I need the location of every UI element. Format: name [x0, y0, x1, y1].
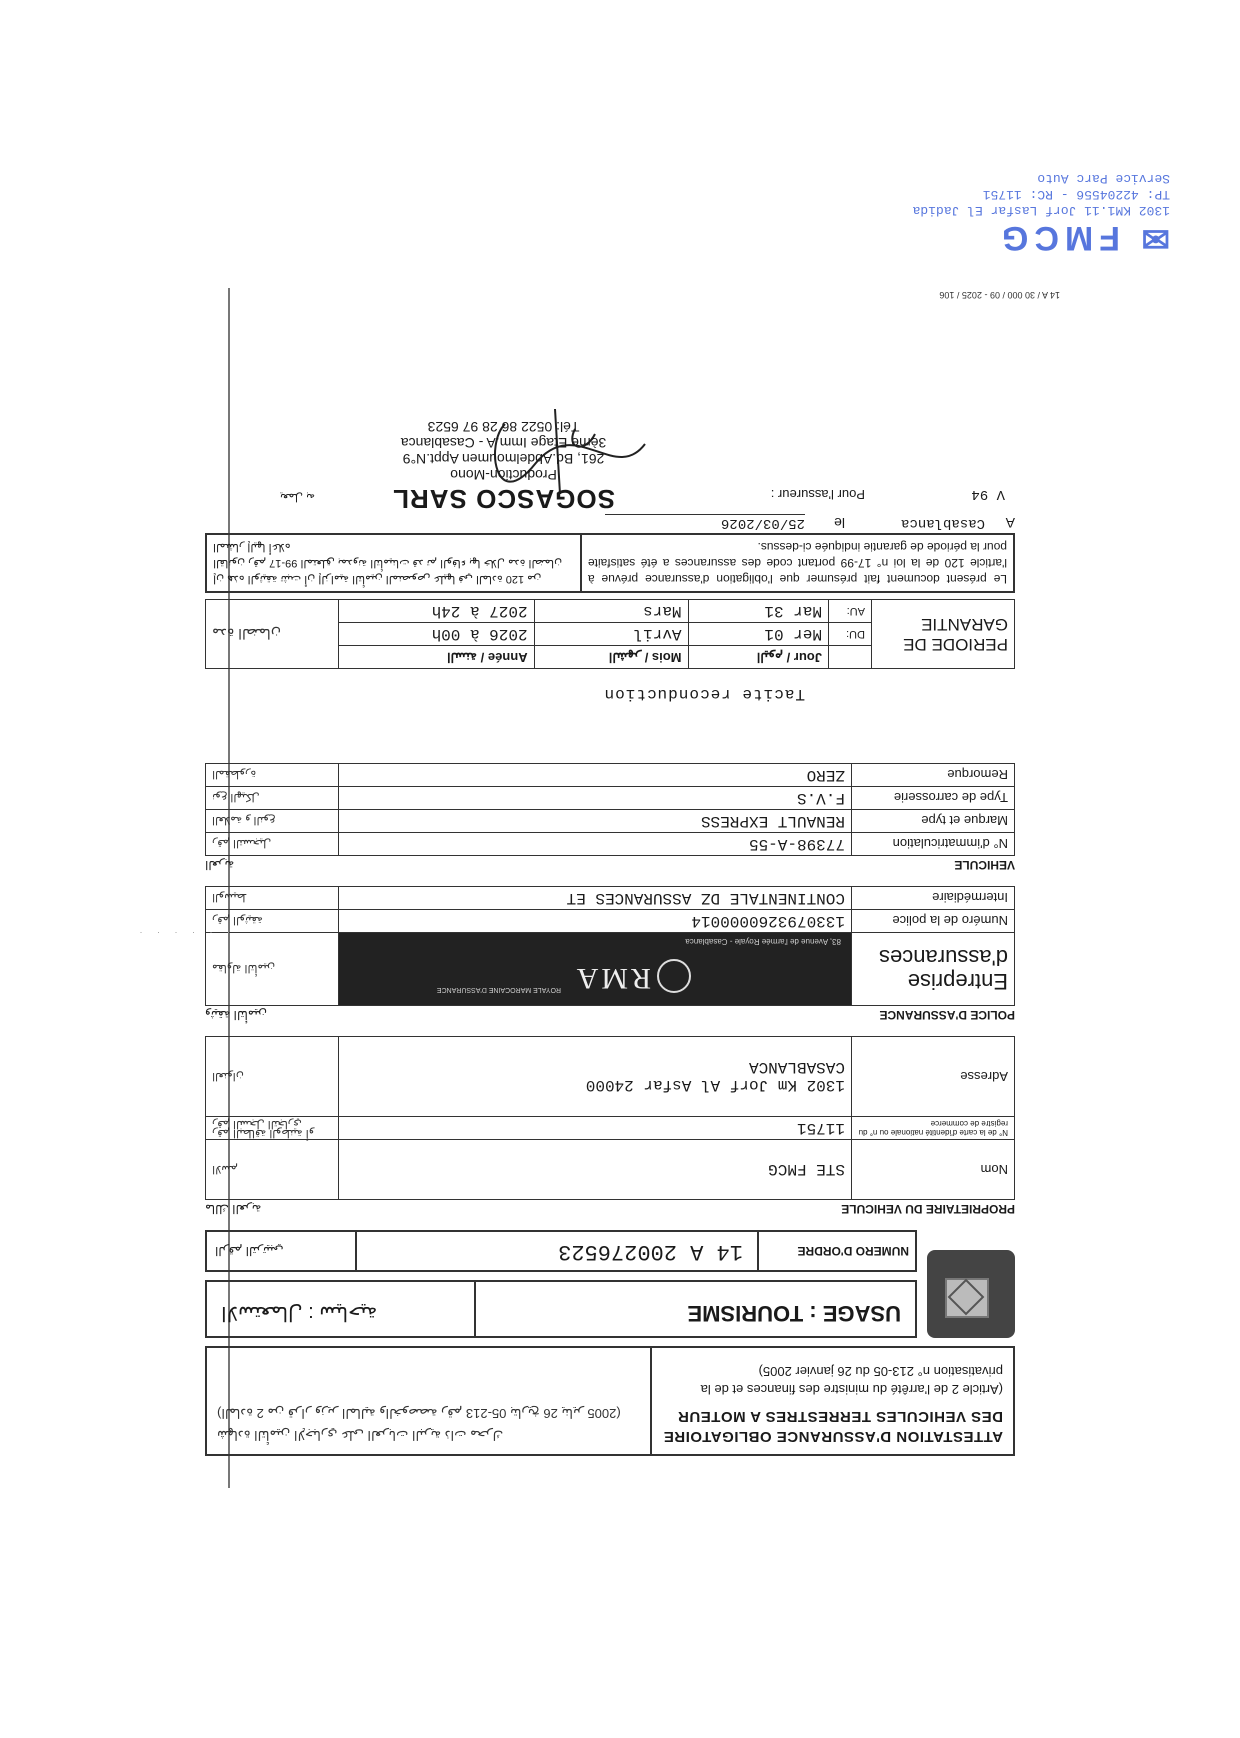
arabic-subtitle: (المادة 2 من قرار وزير المالية والخوصصة …	[217, 1402, 640, 1424]
table-row: PERIODE DE GARANTIE Jour / اليوم Mois / …	[206, 646, 1015, 669]
carrosserie-arabic: نوع الهيكل	[206, 787, 339, 810]
table-row: Intermédiaire CONTINENTALE DZ ASSURANCES…	[206, 887, 1015, 910]
vehicule-title: VEHICULE	[954, 858, 1015, 872]
du-annee: 2026 à 00h	[339, 623, 535, 646]
vehicule-table: N° d'immatriculation 77398-A-55 رقم التس…	[205, 763, 1015, 856]
header-french: ATTESTATION D'ASSURANCE OBLIGATOIRE DES …	[650, 1348, 1013, 1454]
stamp-arabic-tag: يعمل به	[280, 491, 315, 504]
usage-label: USAGE : TOURISME	[474, 1282, 915, 1336]
adresse-value-cell: 1302 Km Jorf Al Asfar 24000 CASABLANCA	[339, 1037, 852, 1117]
marque-value: RENAULT EXPRESS	[339, 810, 852, 833]
adresse-value-line1: 1302 Km Jorf Al Asfar 24000	[345, 1077, 845, 1095]
usage-row: USAGE : TOURISME الاستعمال : سياحية	[205, 1280, 1015, 1338]
tacite-reconduction: Tacite reconduction	[205, 685, 1015, 703]
marque-label: Marque et type	[852, 810, 1015, 833]
fmcg-line2: TP: 42204556 - RC: 11751	[890, 186, 1170, 202]
legal-notice: Le présent document fait présumer que l'…	[205, 533, 1015, 593]
stamp-line2: 261, Bd.Abdelmoumen Appt.N°9	[392, 451, 615, 467]
entreprise-label: Entreprise d'assurances	[852, 933, 1015, 1006]
adresse-arabic: العنوان	[206, 1037, 339, 1117]
carte-nationale-value: 11751	[339, 1117, 852, 1140]
table-row: Remorque ZERO المقطورة	[206, 764, 1015, 787]
du-label: DU:	[829, 623, 872, 646]
fmcg-line1: 1302 KM1.11 Jorf Lasfar El Jadida	[890, 202, 1170, 218]
immatriculation-arabic: رقم التسجيل	[206, 833, 339, 856]
certificate-header: ATTESTATION D'ASSURANCE OBLIGATOIRE DES …	[205, 1346, 1015, 1456]
marque-arabic: العلامة و النوع	[206, 810, 339, 833]
certificate-title-line1: ATTESTATION D'ASSURANCE OBLIGATOIRE	[662, 1426, 1003, 1446]
col-annee: Année / السنة	[339, 646, 535, 669]
pour-assureur-label: Pour l'assureur :	[771, 487, 865, 502]
au-label: AU:	[829, 600, 872, 623]
intermediaire-label: Intermédiaire	[852, 887, 1015, 910]
print-reference: 14 A / 30 000 / 09 - 2025 / 106	[939, 290, 1060, 300]
table-row: Entreprise d'assurances RMA ROYALE MAROC…	[206, 933, 1015, 1006]
stamp-line3: 3ème Etage Imm.A - Casablanca	[392, 435, 615, 451]
garantie-section: Tacite reconduction PERIODE DE GARANTIE …	[205, 599, 1015, 703]
col-mois: Mois / الشهر	[534, 646, 688, 669]
certificate-title-line2: DES VEHICULES TERRESTRES A MOTEUR	[662, 1406, 1003, 1426]
table-row: Type de carrosserie F.V.S نوع الهيكل	[206, 787, 1015, 810]
header-arabic: شهادة التأمين الإجباري على العربات البري…	[207, 1348, 650, 1454]
nom-arabic: الاسم	[206, 1140, 339, 1200]
carte-nationale-label: N° de la carte d'identité nationale ou n…	[852, 1117, 1015, 1140]
col-jour: Jour / اليوم	[688, 646, 828, 669]
empty-cell	[829, 646, 872, 669]
remorque-arabic: المقطورة	[206, 764, 339, 787]
signature-area: V 94 Pour l'assureur : SOGASCO SARL Prod…	[205, 394, 1015, 514]
entreprise-arabic: مقاولة التأمين	[206, 933, 339, 1006]
insurer-seal-icon	[657, 959, 691, 993]
place-prefix: A	[985, 514, 1015, 531]
stamp-line1: Production-Mono	[392, 467, 615, 483]
vehicule-arabic: العربة	[205, 858, 234, 872]
police-arabic: وثيقة التأمين	[205, 1008, 267, 1022]
adresse-label: Adresse	[852, 1037, 1015, 1117]
broker-stamp: SOGASCO SARL Production-Mono 261, Bd.Abd…	[392, 419, 615, 514]
place-city: Casablanca	[845, 514, 985, 531]
carte-nationale-arabic: رقم البطاقة الوطنية أو رقم السجل التجاري	[206, 1117, 339, 1140]
legal-text-french: Le présent document fait présumer que l'…	[580, 535, 1013, 591]
proprietaire-arabic: مالك العربة	[205, 1202, 261, 1216]
fmcg-envelope-icon: ✉	[1136, 219, 1171, 257]
insurer-address: 83, Avenue de l'armée Royale - Casablanc…	[685, 937, 841, 946]
table-row: N° d'immatriculation 77398-A-55 رقم التس…	[206, 833, 1015, 856]
table-row: N° de la carte d'identité nationale ou n…	[206, 1117, 1015, 1140]
version-code: V 94	[971, 486, 1005, 502]
intermediaire-value: CONTINENTALE DZ ASSURANCES ET	[339, 887, 852, 910]
fmcg-stamp: ✉ FMCG 1302 KM1.11 Jorf Lasfar El Jadida…	[890, 170, 1170, 258]
proprietaire-section-header: PROPRIETAIRE DU VEHICULE مالك العربة	[205, 1202, 1015, 1216]
insurer-emblem-icon	[927, 1250, 1015, 1338]
table-row: Adresse 1302 Km Jorf Al Asfar 24000 CASA…	[206, 1037, 1015, 1117]
fmcg-brand: ✉ FMCG	[890, 218, 1170, 258]
scan-noise: · · · · · ·	[30, 908, 230, 938]
document-page: ATTESTATION D'ASSURANCE OBLIGATOIRE DES …	[0, 0, 1240, 1738]
fmcg-brand-text: FMCG	[996, 219, 1120, 257]
insurer-name: RMA	[574, 961, 651, 995]
police-table: Entreprise d'assurances RMA ROYALE MAROC…	[205, 886, 1015, 1006]
periode-arabic: مدة الضمان	[206, 600, 339, 669]
carrosserie-value: F.V.S	[339, 787, 852, 810]
numero-police-value: 1330793260000014	[339, 910, 852, 933]
legal-text-arabic: إن هذه الوثيقة تثبت أن إلزامية التأمين ا…	[207, 535, 580, 591]
stamp-name: SOGASCO SARL	[392, 483, 615, 514]
carrosserie-label: Type de carrosserie	[852, 787, 1015, 810]
proprietaire-table: Nom STE FMCG الاسم N° de la carte d'iden…	[205, 1036, 1015, 1200]
numero-ordre-label: NUMERO D'ORDRE	[757, 1232, 915, 1270]
remorque-label: Remorque	[852, 764, 1015, 787]
arabic-title: شهادة التأمين الإجباري على العربات البري…	[217, 1424, 640, 1446]
police-title: POLICE D'ASSURANCE	[879, 1008, 1015, 1022]
place-le: le	[805, 514, 845, 531]
numero-police-label: Numéro de la police	[852, 910, 1015, 933]
periode-label: PERIODE DE GARANTIE	[872, 600, 1015, 669]
au-mois: Mars	[534, 600, 688, 623]
table-row: Nom STE FMCG الاسم	[206, 1140, 1015, 1200]
insurer-banner-cell: RMA ROYALE MAROCAINE D'ASSURANCE 83, Ave…	[339, 933, 852, 1006]
table-row: Numéro de la police 1330793260000014 رقم…	[206, 910, 1015, 933]
table-row: Marque et type RENAULT EXPRESS العلامة و…	[206, 810, 1015, 833]
immatriculation-label: N° d'immatriculation	[852, 833, 1015, 856]
au-jour: Mar 31	[688, 600, 828, 623]
intermediaire-arabic: الوسيط	[206, 887, 339, 910]
du-mois: Avril	[534, 623, 688, 646]
issue-date: 25/03/2026	[605, 514, 805, 531]
numero-ordre-row: NUMERO D'ORDRE 14 A 200276523 الرقم التر…	[205, 1230, 917, 1272]
fmcg-line3: Service Parc Auto	[890, 170, 1170, 186]
insurer-banner: RMA ROYALE MAROCAINE D'ASSURANCE 83, Ave…	[339, 933, 851, 1005]
place-date-line: A Casablanca le 25/03/2026	[205, 514, 1015, 531]
nom-label: Nom	[852, 1140, 1015, 1200]
remorque-value: ZERO	[339, 764, 852, 787]
au-annee: 2027 à 24h	[339, 600, 535, 623]
du-jour: Mer 01	[688, 623, 828, 646]
police-section-header: POLICE D'ASSURANCE وثيقة التأمين	[205, 1008, 1015, 1022]
adresse-value-line2: CASABLANCA	[345, 1059, 845, 1077]
usage-arabic: الاستعمال : سياحية	[207, 1282, 474, 1336]
immatriculation-value: 77398-A-55	[339, 833, 852, 856]
stamp-line4: Tél: 0522 86 28 97 6523	[392, 419, 615, 435]
vehicule-section-header: VEHICULE العربة	[205, 858, 1015, 872]
numero-ordre-arabic: الرقم الترتيبي	[207, 1232, 355, 1270]
usage-box: USAGE : TOURISME الاستعمال : سياحية	[205, 1280, 917, 1338]
nom-value: STE FMCG	[339, 1140, 852, 1200]
insurance-certificate-form: ATTESTATION D'ASSURANCE OBLIGATOIRE DES …	[205, 394, 1015, 1456]
garantie-table: PERIODE DE GARANTIE Jour / اليوم Mois / …	[205, 599, 1015, 669]
proprietaire-title: PROPRIETAIRE DU VEHICULE	[841, 1202, 1015, 1216]
numero-ordre-value: 14 A 200276523	[355, 1232, 757, 1270]
certificate-subtitle: (Article 2 de l'arrêté du ministre des f…	[662, 1362, 1003, 1398]
insurer-tagline: ROYALE MAROCAINE D'ASSURANCE	[437, 985, 561, 993]
